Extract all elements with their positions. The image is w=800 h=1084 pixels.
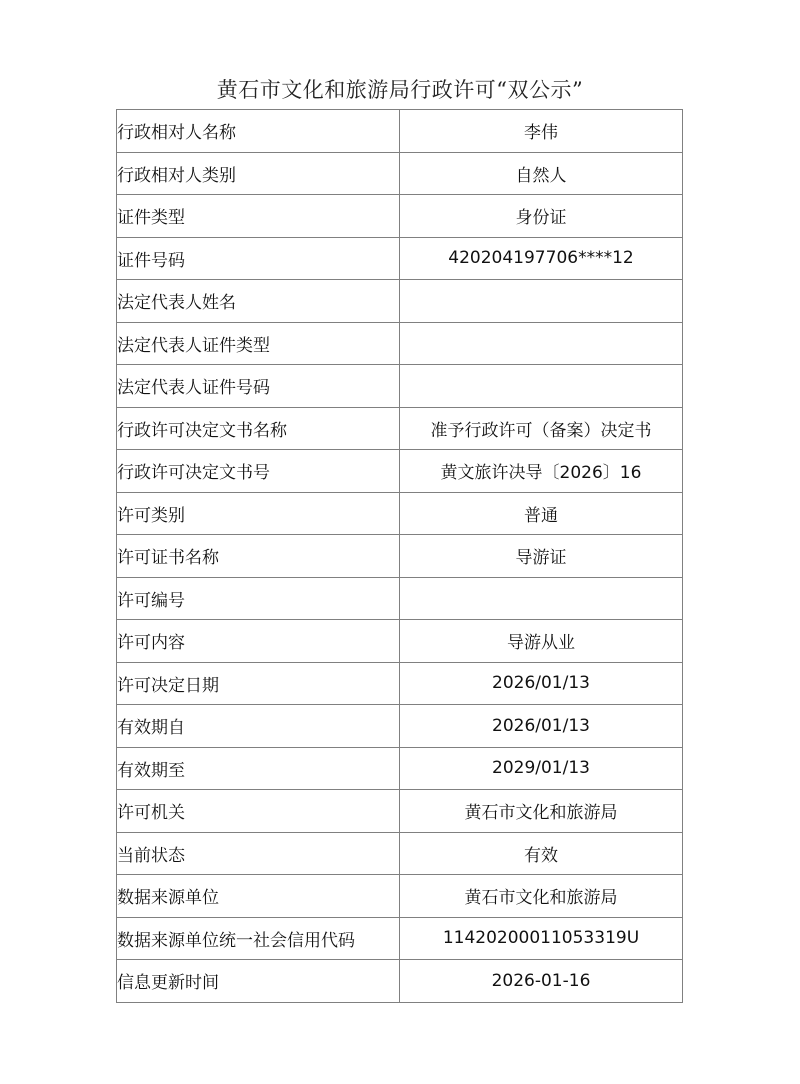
table-row: 许可机关黄石市文化和旅游局: [117, 790, 683, 833]
row-value: [400, 322, 683, 365]
row-label: 信息更新时间: [117, 960, 400, 1003]
row-value: [400, 280, 683, 323]
table-row: 当前状态有效: [117, 832, 683, 875]
table-row: 许可类别普通: [117, 492, 683, 535]
row-value: 黄文旅许决导〔2026〕16: [400, 450, 683, 493]
row-label: 法定代表人证件类型: [117, 322, 400, 365]
table-row: 证件号码420204197706****12: [117, 237, 683, 280]
table-row: 有效期自2026/01/13: [117, 705, 683, 748]
row-value: 2026-01-16: [400, 960, 683, 1003]
row-value: 身份证: [400, 195, 683, 238]
publicity-table: 行政相对人名称李伟 行政相对人类别自然人 证件类型身份证 证件号码4202041…: [116, 109, 683, 1003]
row-value: 普通: [400, 492, 683, 535]
table-row: 行政相对人类别自然人: [117, 152, 683, 195]
row-value: 李伟: [400, 110, 683, 153]
row-value: 导游证: [400, 535, 683, 578]
row-label: 许可机关: [117, 790, 400, 833]
row-label: 许可决定日期: [117, 662, 400, 705]
row-label: 许可类别: [117, 492, 400, 535]
row-value: 2026/01/13: [400, 662, 683, 705]
table-row: 法定代表人证件类型: [117, 322, 683, 365]
row-label: 行政相对人类别: [117, 152, 400, 195]
row-value: [400, 577, 683, 620]
table-row: 有效期至2029/01/13: [117, 747, 683, 790]
row-label: 许可内容: [117, 620, 400, 663]
row-value: 导游从业: [400, 620, 683, 663]
table-row: 许可决定日期2026/01/13: [117, 662, 683, 705]
table-row: 行政许可决定文书名称准予行政许可（备案）决定书: [117, 407, 683, 450]
table-row: 数据来源单位黄石市文化和旅游局: [117, 875, 683, 918]
table-row: 法定代表人姓名: [117, 280, 683, 323]
row-label: 证件类型: [117, 195, 400, 238]
row-label: 数据来源单位统一社会信用代码: [117, 917, 400, 960]
row-value: [400, 365, 683, 408]
table-row: 行政许可决定文书号黄文旅许决导〔2026〕16: [117, 450, 683, 493]
row-label: 数据来源单位: [117, 875, 400, 918]
row-label: 行政许可决定文书名称: [117, 407, 400, 450]
table-row: 许可内容导游从业: [117, 620, 683, 663]
row-label: 行政许可决定文书号: [117, 450, 400, 493]
row-value: 黄石市文化和旅游局: [400, 790, 683, 833]
row-label: 许可编号: [117, 577, 400, 620]
row-label: 有效期自: [117, 705, 400, 748]
table-row: 许可证书名称导游证: [117, 535, 683, 578]
row-value: 准予行政许可（备案）决定书: [400, 407, 683, 450]
row-value: 11420200011053319U: [400, 917, 683, 960]
row-value: 黄石市文化和旅游局: [400, 875, 683, 918]
row-label: 行政相对人名称: [117, 110, 400, 153]
table-row: 许可编号: [117, 577, 683, 620]
row-label: 有效期至: [117, 747, 400, 790]
row-label: 当前状态: [117, 832, 400, 875]
table-row: 信息更新时间2026-01-16: [117, 960, 683, 1003]
row-value: 有效: [400, 832, 683, 875]
table-row: 证件类型身份证: [117, 195, 683, 238]
row-label: 法定代表人姓名: [117, 280, 400, 323]
row-value: 420204197706****12: [400, 237, 683, 280]
row-value: 2029/01/13: [400, 747, 683, 790]
table-row: 数据来源单位统一社会信用代码11420200011053319U: [117, 917, 683, 960]
table-row: 行政相对人名称李伟: [117, 110, 683, 153]
table-row: 法定代表人证件号码: [117, 365, 683, 408]
row-label: 证件号码: [117, 237, 400, 280]
row-label: 许可证书名称: [117, 535, 400, 578]
row-label: 法定代表人证件号码: [117, 365, 400, 408]
row-value: 自然人: [400, 152, 683, 195]
row-value: 2026/01/13: [400, 705, 683, 748]
page-title: 黄石市文化和旅游局行政许可“双公示”: [0, 74, 800, 104]
